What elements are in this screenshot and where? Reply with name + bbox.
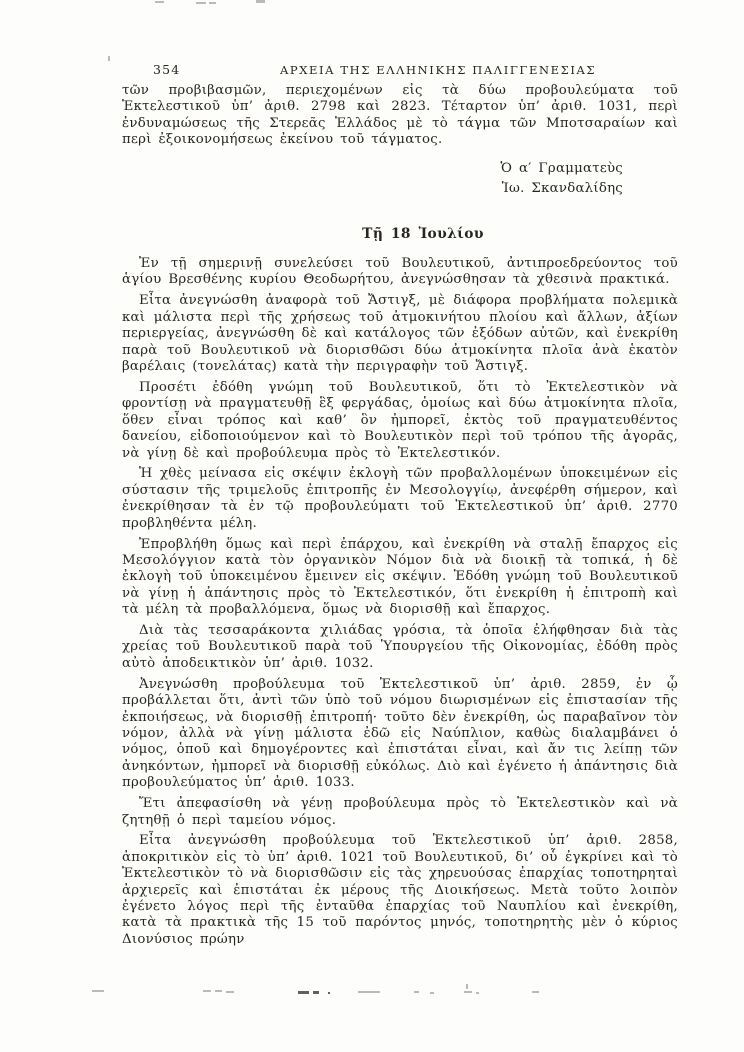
scan-speck (414, 991, 419, 993)
minutes-paragraph: Εἶτα ἀνεγνώσθη προβούλευμα τοῦ Ἐκτελεστι… (122, 833, 678, 948)
scan-speck (256, 0, 265, 3)
minutes-paragraph: Ἡ χθὲς μείνασα εἰς σκέψιν ἐκλογὴ τῶν προ… (122, 466, 678, 532)
scan-speck (203, 990, 211, 992)
signature-role: Ὁ α′ Γραμματεὺς (122, 159, 623, 180)
scan-speck (215, 990, 222, 992)
scan-speck (328, 992, 330, 994)
running-head: 354 ΑΡΧΕΙΑ ΤΗΣ ΕΛΛΗΝΙΚΗΣ ΠΑΛΙΓΓΕΝΕΣΙΑΣ (122, 61, 678, 79)
scan-speck (532, 991, 539, 993)
signature-name: Ἰω. Σκανδαλίδης (122, 179, 623, 200)
scan-speck (464, 991, 472, 993)
session-date-heading: Τῇ 18 Ἰουλίου (122, 226, 678, 242)
scan-speck (430, 992, 434, 994)
scan-speck (226, 991, 234, 993)
scan-speck (209, 2, 216, 4)
scan-speck (358, 991, 380, 993)
minutes-paragraph: Ἐν τῇ σημερινῇ συνελεύσει τοῦ Βουλευτικο… (122, 256, 678, 289)
page-body: τῶν προβιβασμῶν, περιεχομένων εἰς τὰ δύω… (122, 83, 678, 953)
minutes-paragraph: Ἀνεγνώσθη προβούλευμα τοῦ Ἐκτελεστικοῦ ὑ… (122, 677, 678, 792)
scanned-page: 354 ΑΡΧΕΙΑ ΤΗΣ ΕΛΛΗΝΙΚΗΣ ΠΑΛΙΓΓΕΝΕΣΙΑΣ τ… (0, 0, 744, 1052)
scan-speck (92, 990, 104, 992)
page-header-title: ΑΡΧΕΙΑ ΤΗΣ ΕΛΛΗΝΙΚΗΣ ΠΑΛΙΓΓΕΝΕΣΙΑΣ (280, 63, 596, 77)
scan-speck (313, 991, 319, 994)
scan-speck (155, 1, 164, 3)
session-minutes: Ἐν τῇ σημερινῇ συνελεύσει τοῦ Βουλευτικο… (122, 256, 678, 948)
scan-speck (298, 991, 309, 994)
signature-block: Ὁ α′ Γραμματεὺς Ἰω. Σκανδαλίδης (122, 159, 623, 200)
scan-speck (466, 984, 468, 989)
scan-speck (476, 992, 479, 994)
minutes-paragraph: Εἶτα ἀνεγνώσθη ἀναφορὰ τοῦ Ἄστιγξ, μὲ δι… (122, 293, 678, 375)
continuation-paragraph: τῶν προβιβασμῶν, περιεχομένων εἰς τὰ δύω… (122, 83, 678, 149)
minutes-paragraph: Ἔτι ἀπεφασίσθη νὰ γένῃ προβούλευμα πρὸς … (122, 796, 678, 829)
minutes-paragraph: Διὰ τὰς τεσσαράκοντα χιλιάδας γρόσια, τὰ… (122, 623, 678, 672)
minutes-paragraph: Ἐπροβλήθη ὅμως καὶ περὶ ἐπάρχου, καὶ ἐνε… (122, 537, 678, 619)
page-number: 354 (153, 62, 180, 77)
scan-speck (108, 56, 110, 61)
scan-speck (196, 2, 206, 4)
minutes-paragraph: Προσέτι ἐδόθη γνώμη τοῦ Βουλευτικοῦ, ὅτι… (122, 380, 678, 462)
